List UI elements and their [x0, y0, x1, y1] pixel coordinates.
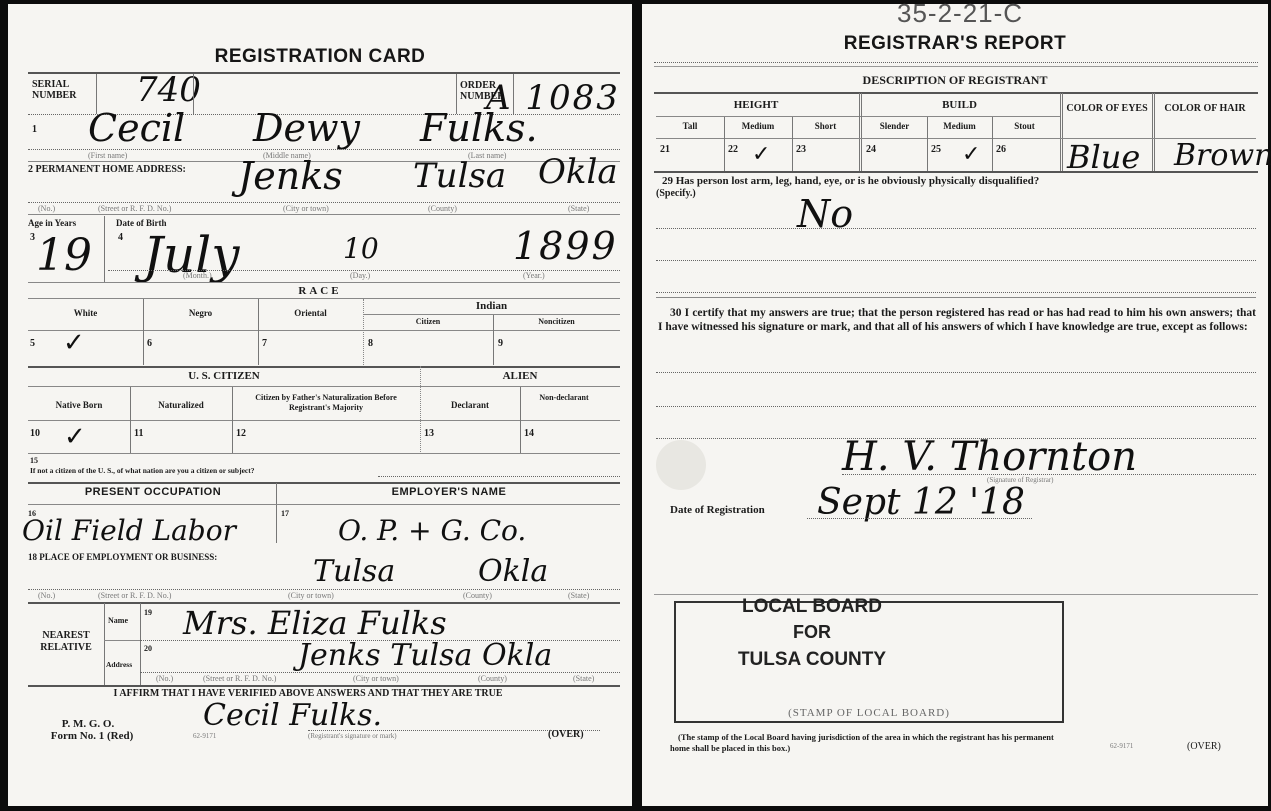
last-name-value: Fulks. — [420, 106, 538, 150]
native-born-checkmark: ✓ — [64, 422, 86, 452]
race-oriental-label: Oriental — [258, 308, 363, 318]
field-number: 21 — [660, 144, 670, 155]
field-number: 17 — [281, 509, 289, 518]
print-code: 62-9171 — [193, 732, 216, 740]
field-number: 11 — [134, 428, 143, 439]
signature-label: (Registrant's signature or mark) — [308, 732, 397, 740]
q15-text: If not a citizen of the U. S., of what n… — [30, 466, 255, 475]
field-number: 5 — [30, 338, 35, 349]
citizen-by-father-label: Citizen by Father's Naturalization Befor… — [236, 393, 416, 413]
place-of-employment-label: 18 PLACE OF EMPLOYMENT OR BUSINESS: — [28, 552, 217, 562]
serial-number-value: 740 — [136, 70, 201, 110]
relative-state-label: (State) — [573, 674, 594, 683]
dob-year-label: (Year.) — [523, 271, 545, 280]
hair-color-label: COLOR OF HAIR — [1155, 103, 1255, 115]
non-declarant-label: Non-declarant — [524, 393, 604, 403]
stamp-note: (The stamp of the Local Board having jur… — [670, 732, 1070, 754]
race-negro-label: Negro — [143, 308, 258, 318]
over-label: (OVER) — [548, 729, 584, 740]
stamp-line3: TULSA COUNTY — [702, 649, 922, 671]
field-number: 25 — [931, 144, 941, 155]
race-heading: RACE — [8, 285, 632, 297]
build-medium-checkmark: ✓ — [962, 142, 980, 167]
native-born-label: Native Born — [28, 400, 130, 410]
field-number: 26 — [996, 144, 1006, 155]
employment-street-label: (Street or R. F. D. No.) — [98, 591, 171, 600]
dob-day: 10 — [343, 232, 379, 265]
occupation-label: PRESENT OCCUPATION — [28, 486, 278, 498]
relative-address-value: Jenks Tulsa Okla — [298, 638, 552, 673]
race-indian-citizen-label: Citizen — [363, 317, 493, 326]
description-heading: DESCRIPTION OF REGISTRANT — [642, 73, 1268, 88]
q29-answer: No — [797, 192, 853, 236]
field-number: 13 — [424, 428, 434, 439]
address-county-label: (County) — [428, 204, 457, 213]
stamp-number: 35-2-21-C — [897, 0, 1023, 29]
card-title: REGISTRATION CARD — [8, 46, 632, 68]
registration-date-label: Date of Registration — [670, 504, 765, 516]
relative-city-label: (City or town) — [353, 674, 399, 683]
alien-heading: ALIEN — [420, 370, 620, 382]
registrant-signature: Cecil Fulks. — [203, 698, 382, 733]
field-number: 15 — [30, 456, 38, 465]
eye-color-label: COLOR OF EYES — [1062, 103, 1152, 115]
build-stout-label: Stout — [992, 121, 1057, 131]
height-medium-label: Medium — [724, 121, 792, 131]
address-no-label: (No.) — [38, 204, 55, 213]
field-number: 24 — [866, 144, 876, 155]
occupation-value: Oil Field Labor — [22, 514, 236, 547]
height-short-label: Short — [792, 121, 859, 131]
relative-name-label: Name — [108, 616, 128, 625]
q29-specify-label: (Specify.) — [656, 188, 696, 199]
relative-street-label: (Street or R. F. D. No.) — [203, 674, 276, 683]
place-of-employment-city: Tulsa — [313, 554, 395, 589]
employment-city-label: (City or town) — [288, 591, 334, 600]
address-street-label: (Street or R. F. D. No.) — [98, 204, 171, 213]
serial-number-label: SERIAL NUMBER — [32, 79, 92, 101]
q29-text: 29 Has person lost arm, leg, hand, eye, … — [662, 175, 1039, 187]
relative-address-label: Address — [106, 660, 132, 669]
race-indian-noncitizen-label: Noncitizen — [493, 317, 620, 326]
field-number: 8 — [368, 338, 373, 349]
race-white-checkmark: ✓ — [63, 328, 85, 358]
print-code: 62-9171 — [1110, 742, 1133, 750]
home-address-state: Okla — [538, 152, 618, 192]
field-number: 19 — [144, 608, 152, 617]
field-number: 12 — [236, 428, 246, 439]
registration-card-front: REGISTRATION CARD SERIAL NUMBER 740 ORDE… — [8, 4, 632, 806]
dob-year: 1899 — [513, 224, 618, 268]
home-address-label: 2 PERMANENT HOME ADDRESS: — [28, 164, 186, 175]
stamp-line1: LOCAL BOARD — [712, 596, 912, 618]
build-medium-label: Medium — [927, 121, 992, 131]
report-title: REGISTRAR'S REPORT — [642, 33, 1268, 55]
employment-county-label: (County) — [463, 591, 492, 600]
form-id-line1: P. M. G. O. — [28, 718, 148, 730]
field-number: 10 — [30, 428, 40, 439]
field-number: 3 — [30, 232, 35, 243]
height-heading: HEIGHT — [656, 99, 856, 111]
indian-heading: Indian — [363, 300, 620, 312]
hair-color-value: Brown — [1174, 138, 1271, 173]
employer-value: O. P. + G. Co. — [338, 514, 526, 547]
first-name-label: (First name) — [88, 151, 127, 160]
home-address-city: Jenks — [238, 154, 343, 198]
relative-name-value: Mrs. Eliza Fulks — [183, 604, 447, 642]
field-number: 20 — [144, 644, 152, 653]
field-number: 23 — [796, 144, 806, 155]
address-state-label: (State) — [568, 204, 589, 213]
address-city-label: (City or town) — [283, 204, 329, 213]
field-number: 14 — [524, 428, 534, 439]
build-heading: BUILD — [862, 99, 1057, 111]
naturalized-label: Naturalized — [130, 400, 232, 410]
field-number: 1 — [32, 124, 37, 135]
over-label: (OVER) — [1187, 741, 1221, 752]
middle-name-value: Dewy — [253, 106, 360, 150]
dob-day-label: (Day.) — [350, 271, 370, 280]
field-number: 9 — [498, 338, 503, 349]
height-medium-checkmark: ✓ — [752, 142, 770, 167]
place-of-employment-state: Okla — [478, 554, 548, 589]
form-id-line2: Form No. 1 (Red) — [22, 730, 162, 742]
home-address-county: Tulsa — [413, 156, 506, 196]
us-citizen-heading: U. S. CITIZEN — [28, 370, 420, 382]
stamp-line2: FOR — [712, 622, 912, 643]
field-number: 4 — [118, 232, 123, 243]
age-value: 19 — [36, 230, 92, 281]
registrars-report-back: 35-2-21-C REGISTRAR'S REPORT DESCRIPTION… — [642, 4, 1268, 806]
watermark-stain — [656, 440, 706, 490]
height-tall-label: Tall — [656, 121, 724, 131]
field-number: 7 — [262, 338, 267, 349]
race-white-label: White — [28, 308, 143, 318]
build-slender-label: Slender — [862, 121, 927, 131]
registration-date-value: Sept 12 '18 — [817, 482, 1025, 523]
declarant-label: Declarant — [420, 400, 520, 410]
relative-no-label: (No.) — [156, 674, 173, 683]
q30-certification-text: 30 I certify that my answers are true; t… — [658, 306, 1256, 334]
dob-month-label: (Month.) — [183, 271, 212, 280]
stamp-caption: (STAMP OF LOCAL BOARD) — [674, 707, 1064, 719]
age-label: Age in Years — [28, 218, 76, 228]
employer-label: EMPLOYER'S NAME — [278, 486, 620, 498]
nearest-relative-label: NEAREST RELATIVE — [28, 630, 104, 654]
employment-no-label: (No.) — [38, 591, 55, 600]
first-name-value: Cecil — [88, 106, 185, 150]
relative-county-label: (County) — [478, 674, 507, 683]
employment-state-label: (State) — [568, 591, 589, 600]
field-number: 6 — [147, 338, 152, 349]
field-number: 22 — [728, 144, 738, 155]
